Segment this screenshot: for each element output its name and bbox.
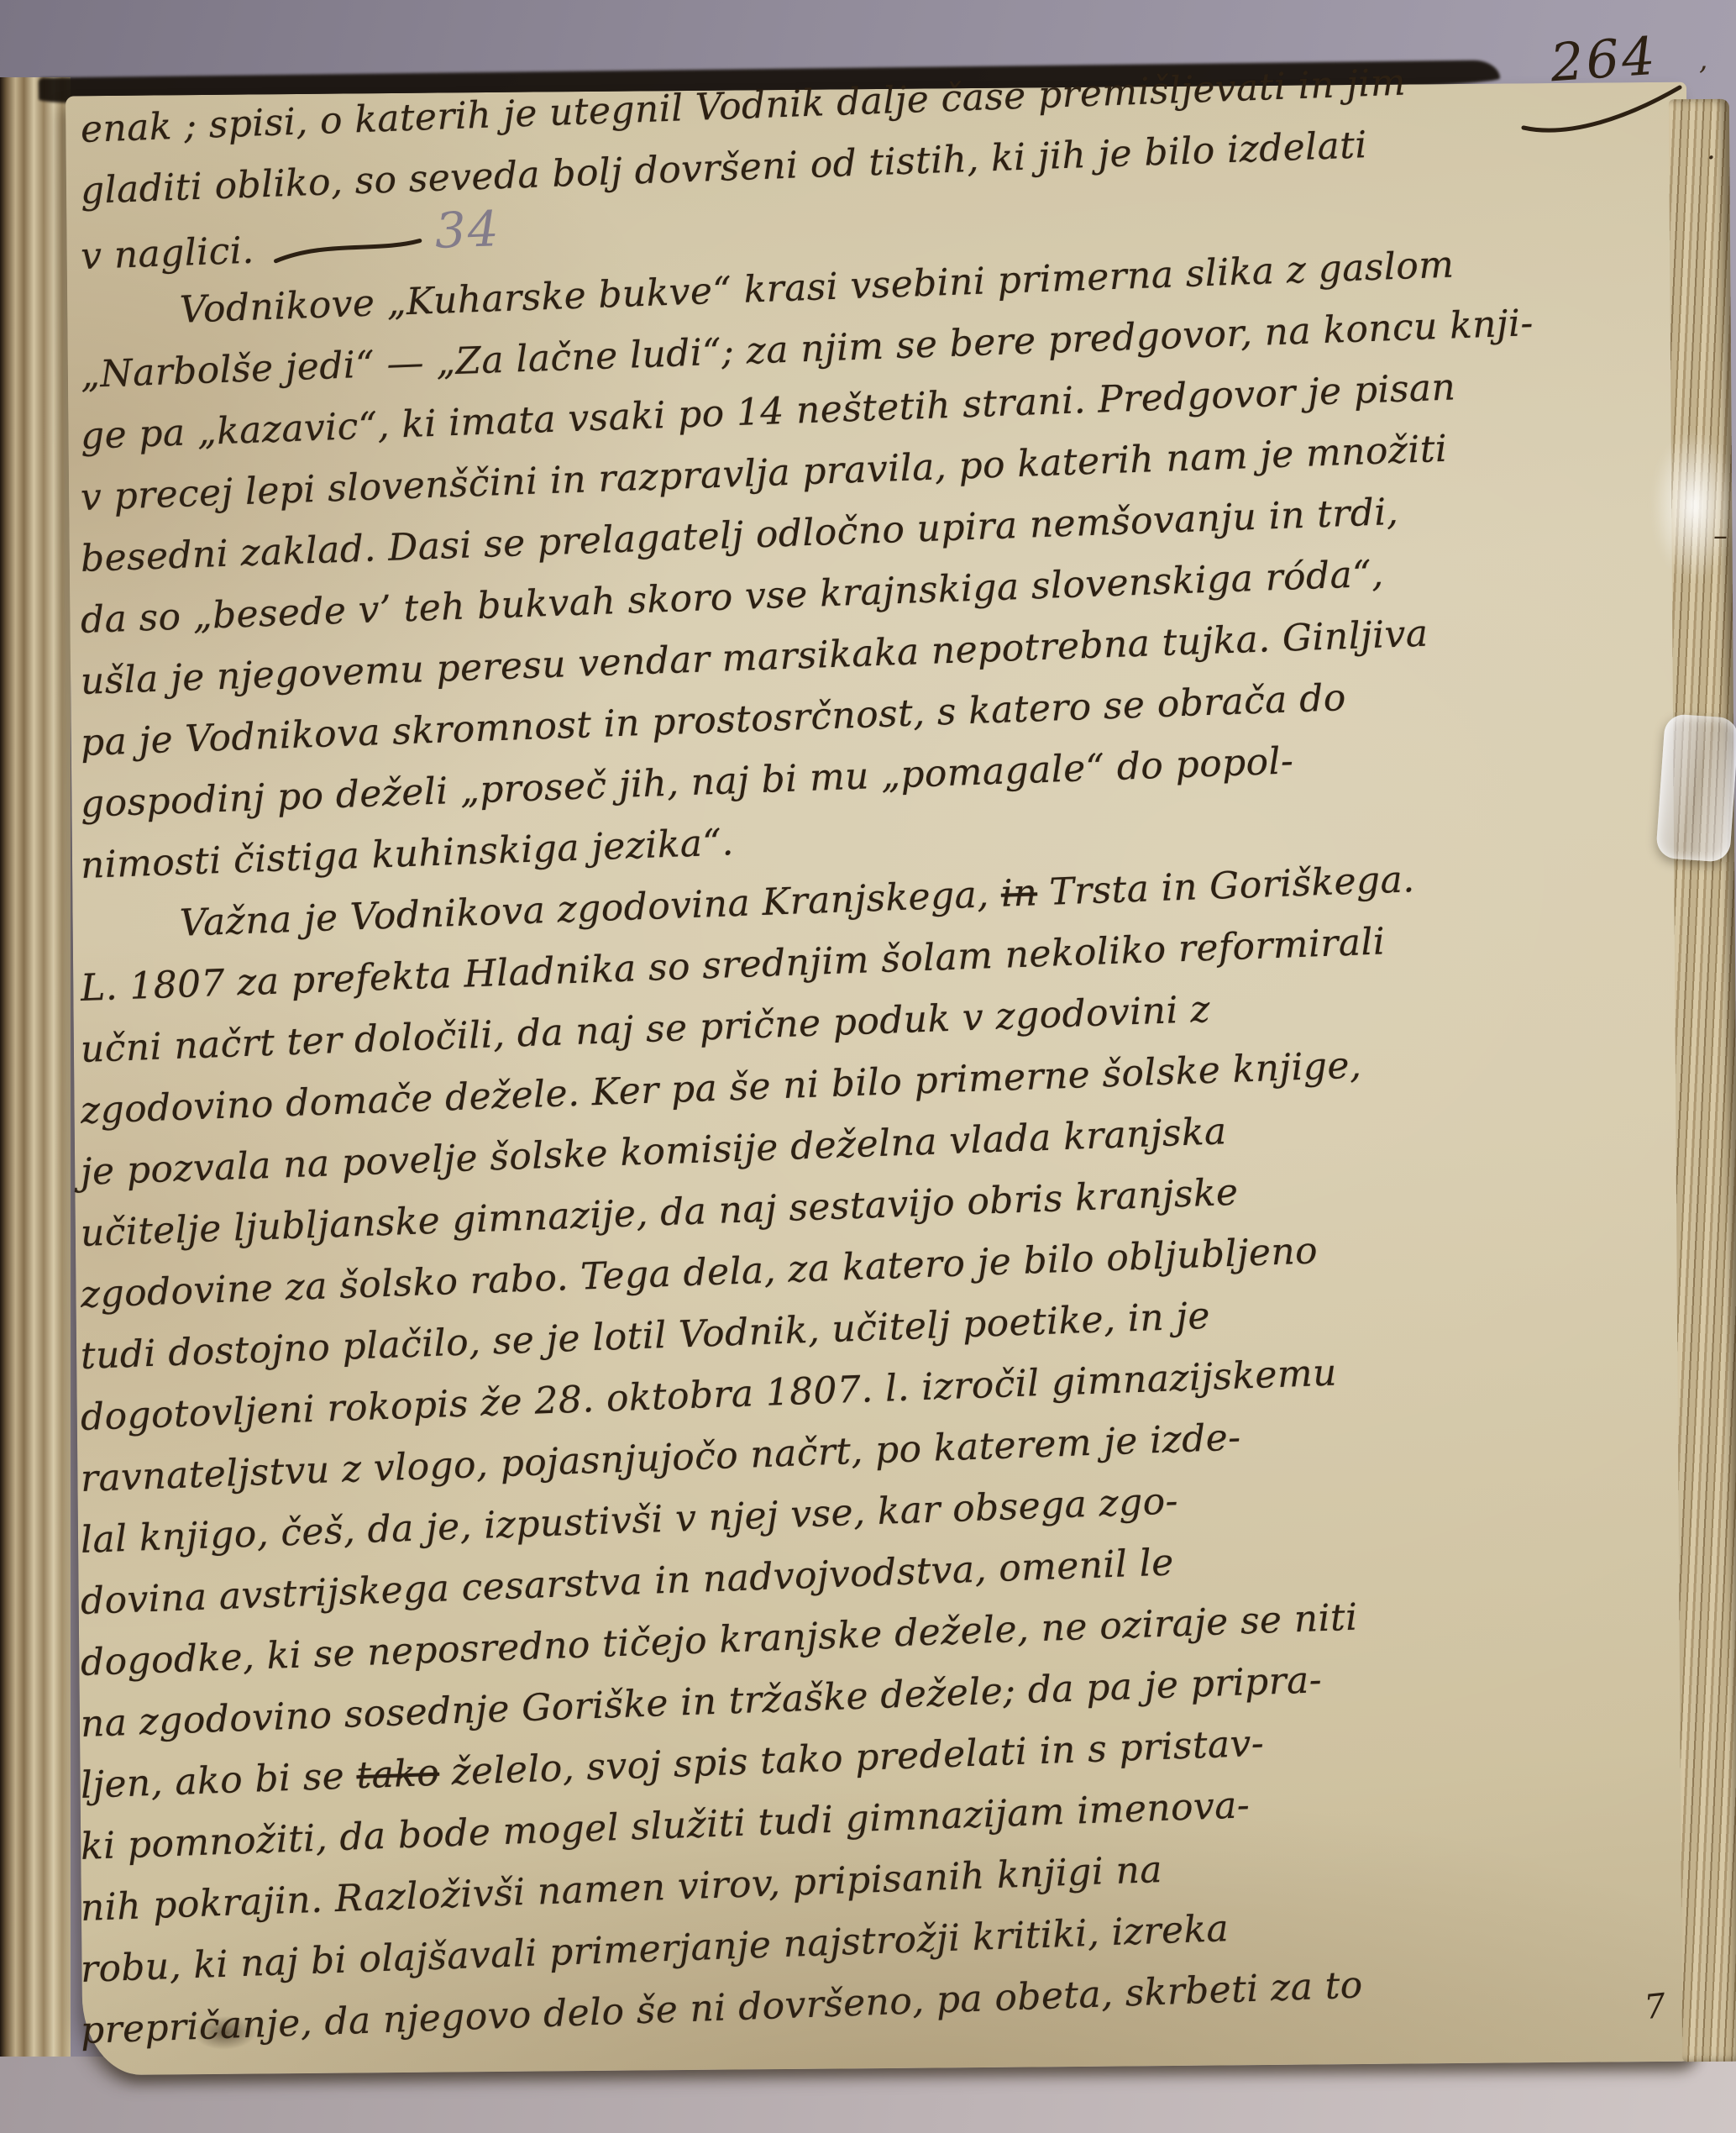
light-glare (1652, 430, 1736, 581)
line-text: Trsta in Goriškega. (1036, 858, 1415, 914)
manuscript-photo: 264 enak ; spisi, o katerih je utegnil V… (0, 0, 1736, 2133)
fore-edge-ink-mark: – (1713, 519, 1728, 553)
line-text: prepri (80, 2005, 200, 2052)
fore-edge-ink-mark: ’ (1698, 60, 1707, 94)
corner-mark: 7 (1643, 1987, 1668, 2027)
previous-page-edges (0, 77, 71, 2119)
fore-edge-ink-mark: · (1707, 141, 1716, 175)
dash-flourish-icon (272, 235, 424, 264)
pencil-note: 34 (434, 200, 501, 260)
ink-smudged-letters: ča (198, 2004, 243, 2048)
manuscript-text: enak ; spisi, o katerih je utegnil Vodni… (81, 99, 1672, 2062)
line-text: ljen, ako bi se (80, 1754, 357, 1807)
struck-word: tako (356, 1752, 440, 1797)
transparent-page-clip (1655, 713, 1736, 863)
line-text: v naglici. (80, 229, 254, 278)
page-number-flourish-icon (1518, 81, 1686, 139)
struck-word: in (1000, 871, 1038, 916)
